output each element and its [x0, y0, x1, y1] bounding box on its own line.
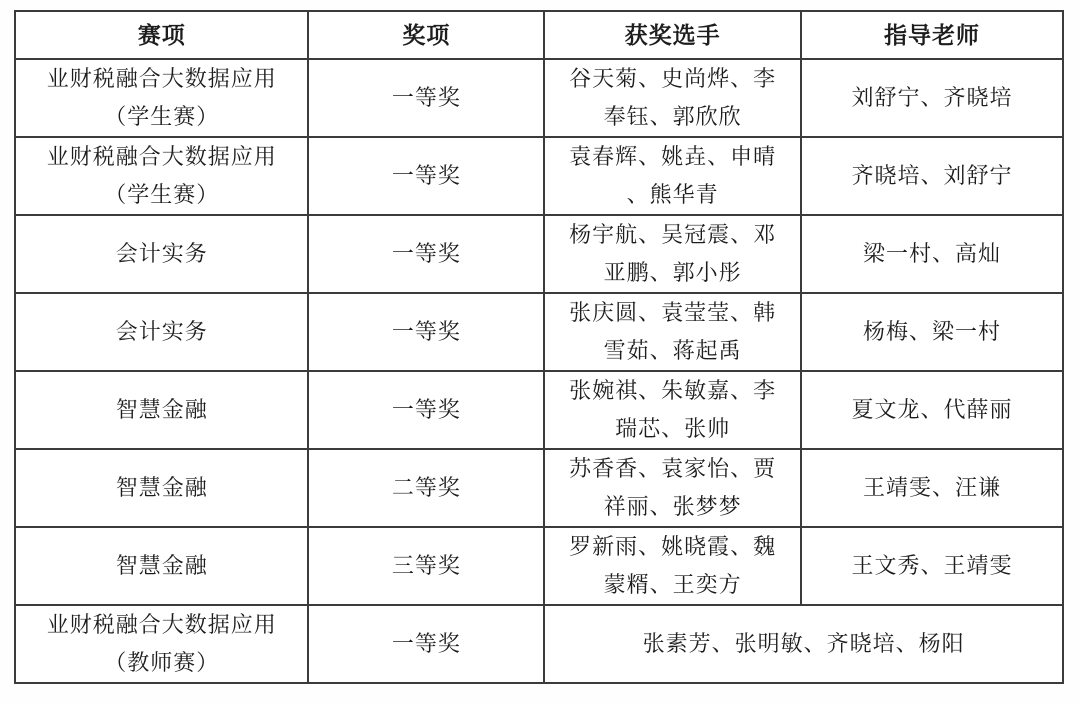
table-row: 会计实务 一等奖 张庆圆、袁莹莹、韩 雪茹、蒋起禹 杨梅、梁一村: [15, 293, 1063, 371]
cell-event: 业财税融合大数据应用 （教师赛）: [15, 605, 308, 683]
table-row: 智慧金融 三等奖 罗新雨、姚晓霞、魏 蒙糈、王奕方 王文秀、王靖雯: [15, 527, 1063, 605]
table-row: 会计实务 一等奖 杨宇航、吴冠震、邓 亚鹏、郭小彤 梁一村、高灿: [15, 215, 1063, 293]
cell-players: 谷天菊、史尚烨、李 奉钰、郭欣欣: [544, 59, 801, 137]
cell-teachers: 王靖雯、汪谦: [801, 449, 1063, 527]
table-row: 智慧金融 一等奖 张婉祺、朱敏嘉、李 瑞芯、张帅 夏文龙、代薛丽: [15, 371, 1063, 449]
cell-award: 一等奖: [308, 59, 544, 137]
cell-award: 三等奖: [308, 527, 544, 605]
cell-award: 一等奖: [308, 605, 544, 683]
table-row: 业财税融合大数据应用 （学生赛） 一等奖 袁春辉、姚垚、申晴 、熊华青 齐晓培、…: [15, 137, 1063, 215]
column-header-event: 赛项: [15, 11, 308, 59]
cell-award: 一等奖: [308, 293, 544, 371]
table-row: 业财税融合大数据应用 （学生赛） 一等奖 谷天菊、史尚烨、李 奉钰、郭欣欣 刘舒…: [15, 59, 1063, 137]
cell-players-teachers-merged: 张素芳、张明敏、齐晓培、杨阳: [544, 605, 1063, 683]
cell-teachers: 王文秀、王靖雯: [801, 527, 1063, 605]
cell-players: 袁春辉、姚垚、申晴 、熊华青: [544, 137, 801, 215]
cell-players: 罗新雨、姚晓霞、魏 蒙糈、王奕方: [544, 527, 801, 605]
cell-award: 一等奖: [308, 371, 544, 449]
cell-teachers: 杨梅、梁一村: [801, 293, 1063, 371]
cell-award: 二等奖: [308, 449, 544, 527]
cell-teachers: 刘舒宁、齐晓培: [801, 59, 1063, 137]
cell-event: 会计实务: [15, 215, 308, 293]
cell-players: 苏香香、袁家怡、贾 祥丽、张梦梦: [544, 449, 801, 527]
cell-event: 业财税融合大数据应用 （学生赛）: [15, 137, 308, 215]
cell-teachers: 齐晓培、刘舒宁: [801, 137, 1063, 215]
cell-players: 杨宇航、吴冠震、邓 亚鹏、郭小彤: [544, 215, 801, 293]
cell-event: 会计实务: [15, 293, 308, 371]
table-row: 智慧金融 二等奖 苏香香、袁家怡、贾 祥丽、张梦梦 王靖雯、汪谦: [15, 449, 1063, 527]
cell-event: 智慧金融: [15, 527, 308, 605]
header-row: 赛项 奖项 获奖选手 指导老师: [15, 11, 1063, 59]
cell-event: 智慧金融: [15, 449, 308, 527]
cell-event: 业财税融合大数据应用 （学生赛）: [15, 59, 308, 137]
cell-players: 张婉祺、朱敏嘉、李 瑞芯、张帅: [544, 371, 801, 449]
cell-teachers: 梁一村、高灿: [801, 215, 1063, 293]
cell-event: 智慧金融: [15, 371, 308, 449]
cell-teachers: 夏文龙、代薛丽: [801, 371, 1063, 449]
cell-players: 张庆圆、袁莹莹、韩 雪茹、蒋起禹: [544, 293, 801, 371]
awards-table: 赛项 奖项 获奖选手 指导老师 业财税融合大数据应用 （学生赛） 一等奖 谷天菊…: [14, 10, 1064, 684]
column-header-award: 奖项: [308, 11, 544, 59]
cell-award: 一等奖: [308, 215, 544, 293]
table-row: 业财税融合大数据应用 （教师赛） 一等奖 张素芳、张明敏、齐晓培、杨阳: [15, 605, 1063, 683]
cell-award: 一等奖: [308, 137, 544, 215]
column-header-players: 获奖选手: [544, 11, 801, 59]
column-header-teachers: 指导老师: [801, 11, 1063, 59]
